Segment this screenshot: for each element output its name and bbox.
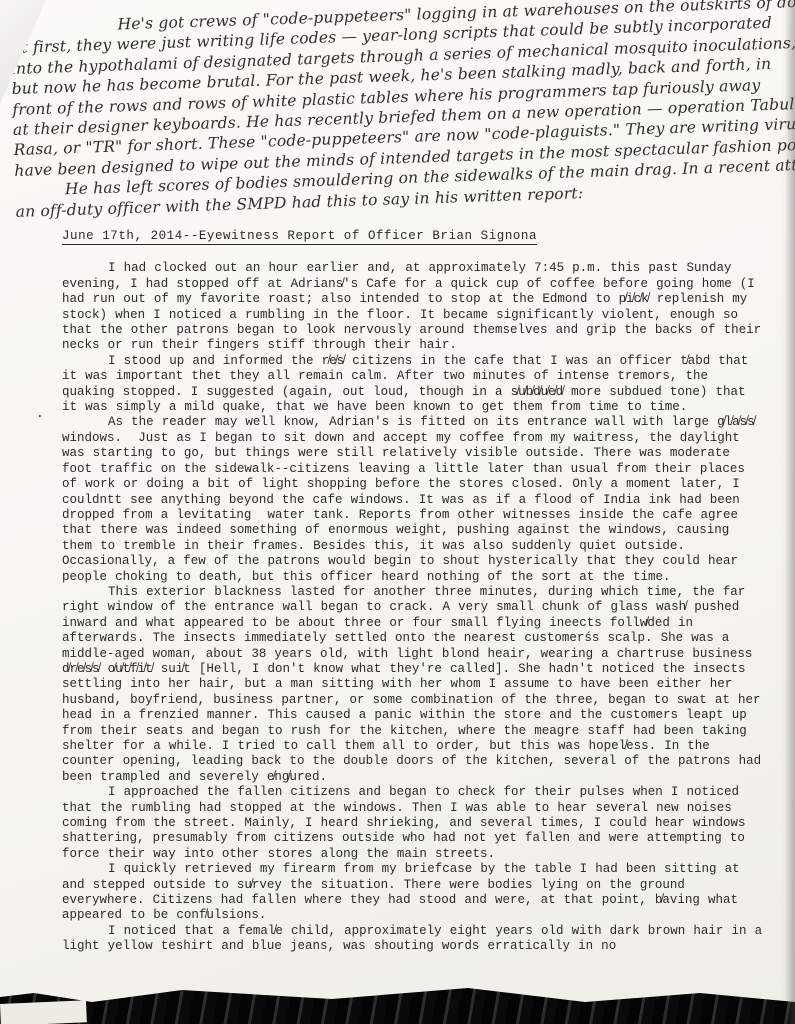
report-paragraph: I stood up and informed the r̸e̸s̸ citiz… <box>62 354 766 416</box>
report-paragraph: I had clocked out an hour earlier and, a… <box>62 261 766 353</box>
stray-period: . <box>36 406 44 421</box>
report-paragraph: I approached the fallen citizens and beg… <box>62 785 766 862</box>
report-paragraph: I noticed that a femal̸e child, approxim… <box>62 924 766 955</box>
report-heading: June 17th, 2014--Eyewitness Report of Of… <box>62 229 537 245</box>
report-paragraph: I quickly retrieved my firearm from my b… <box>62 862 766 924</box>
typed-report: June 17th, 2014--Eyewitness Report of Of… <box>62 229 766 955</box>
report-paragraph: As the reader may well know, Adrian's is… <box>62 415 766 584</box>
report-heading-row: June 17th, 2014--Eyewitness Report of Of… <box>62 229 766 244</box>
report-body: I had clocked out an hour earlier and, a… <box>62 261 766 954</box>
report-paragraph: This exterior blackness lasted for anoth… <box>62 585 766 785</box>
paper-scrap <box>0 1000 87 1024</box>
paper: He's got crews of "code-puppeteers" logg… <box>0 0 795 1024</box>
handwritten-note: He's got crews of "code-puppeteers" logg… <box>9 0 795 222</box>
scanned-page: He's got crews of "code-puppeteers" logg… <box>0 0 795 1024</box>
